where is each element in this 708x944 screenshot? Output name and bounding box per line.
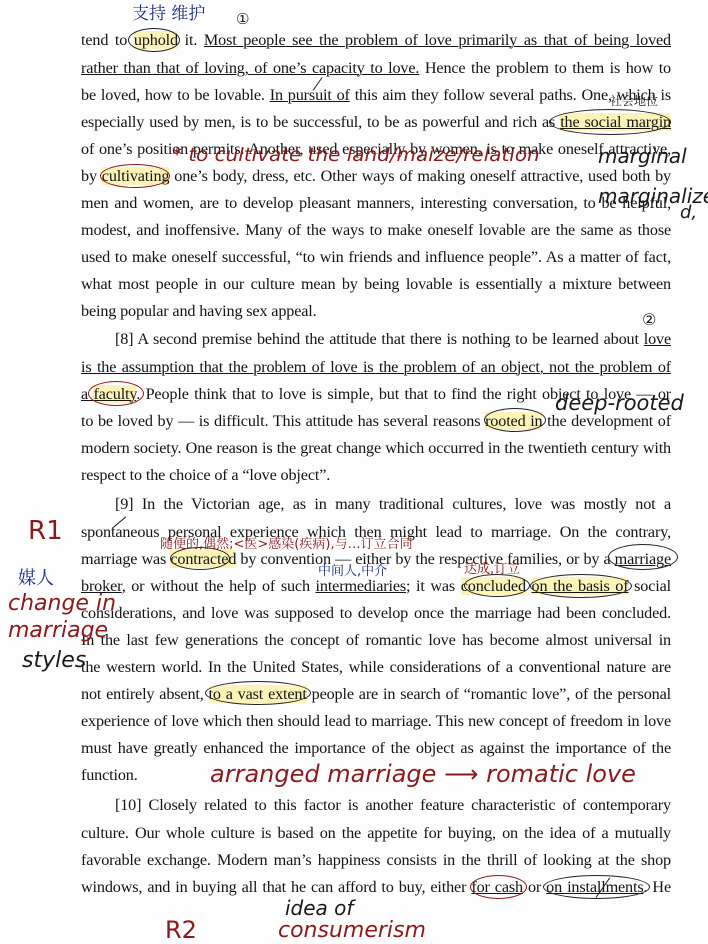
- text-line: what most people in our culture mean by …: [81, 274, 671, 294]
- annotation-broker-gloss: 媒人: [18, 570, 54, 588]
- highlighted-word-concluded: concluded: [461, 577, 526, 595]
- text-span: Hence the problem to them is how to: [419, 59, 671, 77]
- text-span: a: [81, 385, 93, 403]
- text-span: it.: [178, 31, 204, 49]
- underlined-word-marriage: marriage: [615, 550, 671, 568]
- underlined-sentence: rather than that of loving, of one’s cap…: [81, 59, 419, 77]
- text-span: In the last few generations the concept …: [81, 631, 671, 649]
- text-span: especially used by men, is to be success…: [81, 113, 560, 131]
- text-line: be loved, how to be lovable. In pursuit …: [81, 85, 671, 105]
- text-span: to be loved by — is difficult. This atti…: [81, 412, 485, 430]
- text-line: the western world. In the United States,…: [81, 657, 671, 677]
- text-line: culture. Our whole culture is based on t…: [81, 823, 671, 843]
- text-line: being popular and having sex appeal.: [81, 301, 671, 321]
- annotation-marriage: marriage: [8, 620, 108, 642]
- text-span: modest, and inoffensive. Many of the way…: [81, 221, 671, 239]
- text-span: [526, 577, 532, 595]
- underlined-phrase: In pursuit of: [270, 86, 350, 104]
- annotation-cultivate-note: * to cultivate the land/maize/relation: [172, 146, 540, 165]
- underlined-word-intermediaries: intermediaries: [316, 577, 407, 595]
- text-line: considerations, and love was supposed to…: [81, 603, 671, 623]
- text-span: respect to the choice of a “love object”…: [81, 466, 330, 484]
- text-line: by cultivating one’s body, dress, etc. O…: [81, 166, 671, 186]
- annotation-r2: R2: [165, 918, 197, 942]
- text-span: not entirely absent,: [81, 685, 209, 703]
- text-line: must have greatly enhanced the importanc…: [81, 738, 671, 758]
- annotation-marginal: marginal: [598, 146, 687, 166]
- annotation-concluded-gloss: 达成,订立: [464, 563, 520, 576]
- text-line: not entirely absent, to a vast extent pe…: [81, 684, 671, 704]
- highlighted-phrase-social-margin: the social margin: [560, 113, 671, 131]
- annotation-consumerism: consumerism: [278, 920, 426, 942]
- text-span: windows, and in buying all that he can a…: [81, 878, 471, 896]
- paragraph-9-start: [9] In the Victorian age, as in many tra…: [115, 494, 671, 514]
- highlighted-word-faculty: faculty: [93, 385, 136, 403]
- annotation-victorian-gloss: 随便的,偶然;<医>感染(疾病),与…订立合同: [160, 538, 413, 551]
- underlined-word-love: love: [644, 330, 671, 348]
- highlighted-phrase-to-a-vast-extent: to a vast extent: [209, 685, 307, 703]
- text-span: people are in search of “romantic love”,…: [307, 685, 671, 703]
- annotation-styles: styles: [22, 650, 86, 672]
- text-line: favorable exchange. Modern man’s happine…: [81, 850, 671, 870]
- text-span: experience of love which then should lea…: [81, 712, 671, 730]
- annotation-marginalized-suffix: d,: [680, 204, 697, 222]
- annotation-marker-2: ②: [642, 312, 656, 328]
- text-span: considerations, and love was supposed to…: [81, 604, 671, 622]
- underlined-sentence: Most people see the problem of love prim…: [204, 31, 671, 49]
- text-line: tend to uphold it. Most people see the p…: [81, 30, 671, 50]
- text-span: culture. Our whole culture is based on t…: [81, 824, 671, 842]
- scanned-page: tend to uphold it. Most people see the p…: [0, 0, 708, 944]
- text-line: respect to the choice of a “love object”…: [81, 465, 671, 485]
- text-span: by convention — either by the respective…: [236, 550, 614, 568]
- text-line: experience of love which then should lea…: [81, 711, 671, 731]
- paragraph-10-start: [10] Closely related to this factor is a…: [115, 795, 671, 815]
- text-span: function.: [81, 766, 138, 784]
- text-span: [9] In the Victorian age, as in many tra…: [115, 495, 671, 513]
- paragraph-8-start: [8] A second premise behind the attitude…: [115, 329, 671, 349]
- text-line: modest, and inoffensive. Many of the way…: [81, 220, 671, 240]
- text-span: be loved, how to be lovable.: [81, 86, 270, 104]
- text-span: must have greatly enhanced the importanc…: [81, 739, 671, 757]
- text-line: especially used by men, is to be success…: [81, 112, 671, 132]
- highlighted-word-cultivating: cultivating: [102, 167, 170, 185]
- text-line: modern society. One reason is the great …: [81, 438, 671, 458]
- text-line: rather than that of loving, of one’s cap…: [81, 58, 671, 78]
- text-span: or: [523, 878, 546, 896]
- text-span: tend to: [81, 31, 134, 49]
- annotation-idea-of: idea of: [285, 898, 353, 918]
- highlighted-word-uphold: uphold: [134, 31, 178, 49]
- text-span: [10] Closely related to this factor is a…: [115, 796, 671, 814]
- text-span: one’s body, dress, etc. Other ways of ma…: [169, 167, 671, 185]
- text-line: is the assumption that the problem of lo…: [81, 357, 671, 377]
- text-span: [8] A second premise behind the attitude…: [115, 330, 644, 348]
- circled-phrase-on-installments: on installments: [546, 878, 643, 896]
- text-span: used to make oneself successful, “to win…: [81, 248, 671, 266]
- annotation-uphold-gloss: 支持 维护: [132, 6, 205, 23]
- text-span: favorable exchange. Modern man’s happine…: [81, 851, 671, 869]
- circled-phrase-for-cash: for cash: [471, 878, 523, 896]
- text-span: social: [628, 577, 671, 595]
- highlighted-phrase-rooted-in: rooted in: [485, 412, 542, 430]
- text-span: marriage was: [81, 550, 170, 568]
- text-span: being popular and having sex appeal.: [81, 302, 317, 320]
- text-line: used to make oneself successful, “to win…: [81, 247, 671, 267]
- text-line: In the last few generations the concept …: [81, 630, 671, 650]
- annotation-change-in: change in: [8, 593, 116, 615]
- annotation-intermediaries-gloss: 中间人,中介: [318, 565, 387, 578]
- text-line: men and women, are to develop pleasant m…: [81, 193, 671, 213]
- text-span: ; it was: [406, 577, 461, 595]
- annotation-social-margin-gloss: 社会地位: [610, 95, 658, 107]
- annotation-r1: R1: [28, 518, 63, 544]
- highlighted-word-contracted: contracted: [170, 550, 236, 568]
- underlined-sentence: is the assumption that the problem of lo…: [81, 358, 671, 376]
- text-span: . He: [644, 878, 671, 896]
- text-span: men and women, are to develop pleasant m…: [81, 194, 671, 212]
- highlighted-phrase-on-the-basis-of: on the basis of: [532, 577, 629, 595]
- text-span: modern society. One reason is the great …: [81, 439, 671, 457]
- text-line: windows, and in buying all that he can a…: [81, 877, 671, 897]
- text-line: broker, or without the help of such inte…: [81, 576, 671, 596]
- annotation-deep-rooted: deep-rooted: [555, 393, 684, 414]
- text-span: by: [81, 167, 102, 185]
- annotation-marker-1: ①: [236, 12, 249, 27]
- annotation-arranged-to-romantic: arranged marriage ⟶ romatic love: [210, 762, 636, 786]
- text-span: the western world. In the United States,…: [81, 658, 671, 676]
- text-span: what most people in our culture mean by …: [81, 275, 671, 293]
- text-span: , or without the help of such: [122, 577, 316, 595]
